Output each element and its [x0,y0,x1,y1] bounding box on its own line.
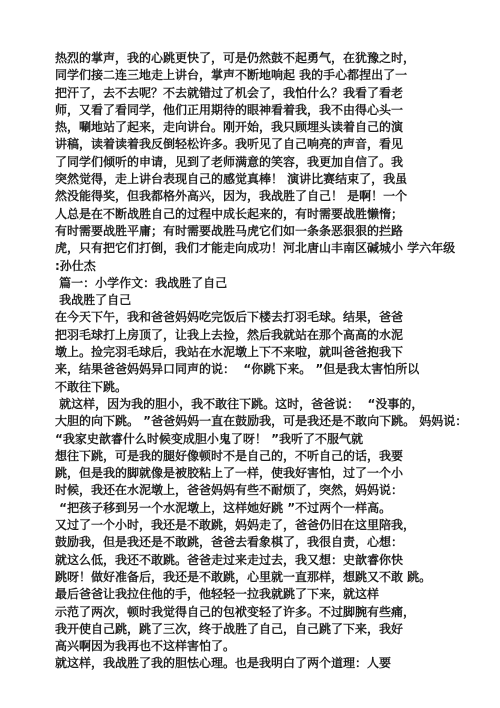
text-line: 最后爸爸让我拉住他的手，他轻轻一拉我就跳了下来，就这样 [55,586,485,603]
text-line: 来，结果爸爸妈妈异口同声的说： “你跳下来。 ”但是我太害怕所以 [55,361,485,378]
text-line: :孙仕杰 [55,258,485,275]
text-line: 虎，只有把它们打倒，我们才能走向成功！河北唐山丰南区碱城小 学六年级 [55,240,485,257]
text-line: 篇一：小学作文：我战胜了自己 [55,275,485,292]
text-line: 鼓励我，但是我还是不敢跳，爸爸去看象棋了，我很自责，心想： [55,534,485,551]
text-line: 有时需要战胜平庸；有时需要战胜马虎它们如一条条恶狠狠的拦路 [55,223,485,240]
text-line: 突然觉得，走上讲台表现自己的感觉真棒！ 演讲比赛结束了，我虽 [55,171,485,188]
text-line: 同学们接二连三地走上讲台，掌声不断地响起 我的手心都捏出了一 [55,67,485,84]
text-line: 我战胜了自己 [55,292,485,309]
text-line: 时候，我还在水泥墩上，爸爸妈妈有些不耐烦了，突然，妈妈说： [55,482,485,499]
essay-text-block: 热烈的掌声，我的心跳更快了，可是仍然鼓不起勇气，在犹豫之时，同学们接二连三地走上… [55,50,485,673]
text-line: 跳呀！做好准备后，我还是不敢跳，心里就一直那样，想跳又不敢 跳。 [55,569,485,586]
text-line: 我开使自己跳，跳了三次，终于战胜了自己，自己跳了下来，我好 [55,621,485,638]
text-line: 不敢往下跳。 [55,379,485,396]
text-line: 又过了一个小时，我还是不敢跳，妈妈走了，爸爸仍旧在这里陪我， [55,517,485,534]
text-line: 把汗了，去不去呢？不去就错过了机会了，我怕什么？我看了看老 [55,85,485,102]
text-line: 把羽毛球打上房顶了，让我上去捡，然后我就站在那个高高的水泥 [55,327,485,344]
text-line: 了同学们倾听的申请，见到了老师满意的笑容，我更加自信了。我 [55,154,485,171]
text-line: 示范了两次，顿时我觉得自己的包袱变轻了许多。不过脚腕有些痛， [55,604,485,621]
text-line: 热，唰地站了起来，走向讲台。刚开始，我只顾埋头读着自己的演 [55,119,485,136]
text-line: 想往下跳，可是我的腿好像顿时不是自己的，不听自己的话，我要 [55,448,485,465]
text-line: 在今天下午，我和爸爸妈妈吃完饭后下楼去打羽毛球。结果，爸爸 [55,309,485,326]
text-line: 就这样，我战胜了我的胆怯心理。也是我明白了两个道理：人要 [55,655,485,672]
text-line: 人总是在不断战胜自己的过程中成长起来的，有时需要战胜懒惰； [55,206,485,223]
text-line: 讲稿，读着读着我反倒轻松许多。我听见了自己响亮的声音，看见 [55,136,485,153]
text-line: 然没能得奖，但我都格外高兴，因为，我战胜了自己！ 是啊！一个 [55,188,485,205]
text-line: “我家史歆睿什么时候变成胆小鬼了呀！ ”我听了不服气就 [55,431,485,448]
text-line: 高兴啊因为我再也不这样害怕了。 [55,638,485,655]
text-line: 就这么低，我还不敢跳。爸爸走过来走过去，我又想：史歆睿你快 [55,552,485,569]
text-line: 热烈的掌声，我的心跳更快了，可是仍然鼓不起勇气，在犹豫之时， [55,50,485,67]
text-line: 师，又看了看同学，他们正用期待的眼神看着我，我不由得心头一 [55,102,485,119]
text-line: 大胆的向下跳。 ”爸爸妈妈一直在鼓励我，可是我还是不敢向下跳。 妈妈说： [55,413,485,430]
text-line: 就这样，因为我的胆小，我不敢往下跳。这时，爸爸说： “没事的， [55,396,485,413]
text-line: 墩上。捡完羽毛球后，我站在水泥墩上下不来啦，就叫爸爸抱我下 [55,344,485,361]
document-page: 热烈的掌声，我的心跳更快了，可是仍然鼓不起勇气，在犹豫之时，同学们接二连三地走上… [0,0,500,708]
text-line: “把孩子移到另一个水泥墩上，这样她好跳 ”不过两个一样高。 [55,500,485,517]
text-line: 跳，但是我的脚就像是被胶粘上了一样，使我好害怕，过了一个小 [55,465,485,482]
